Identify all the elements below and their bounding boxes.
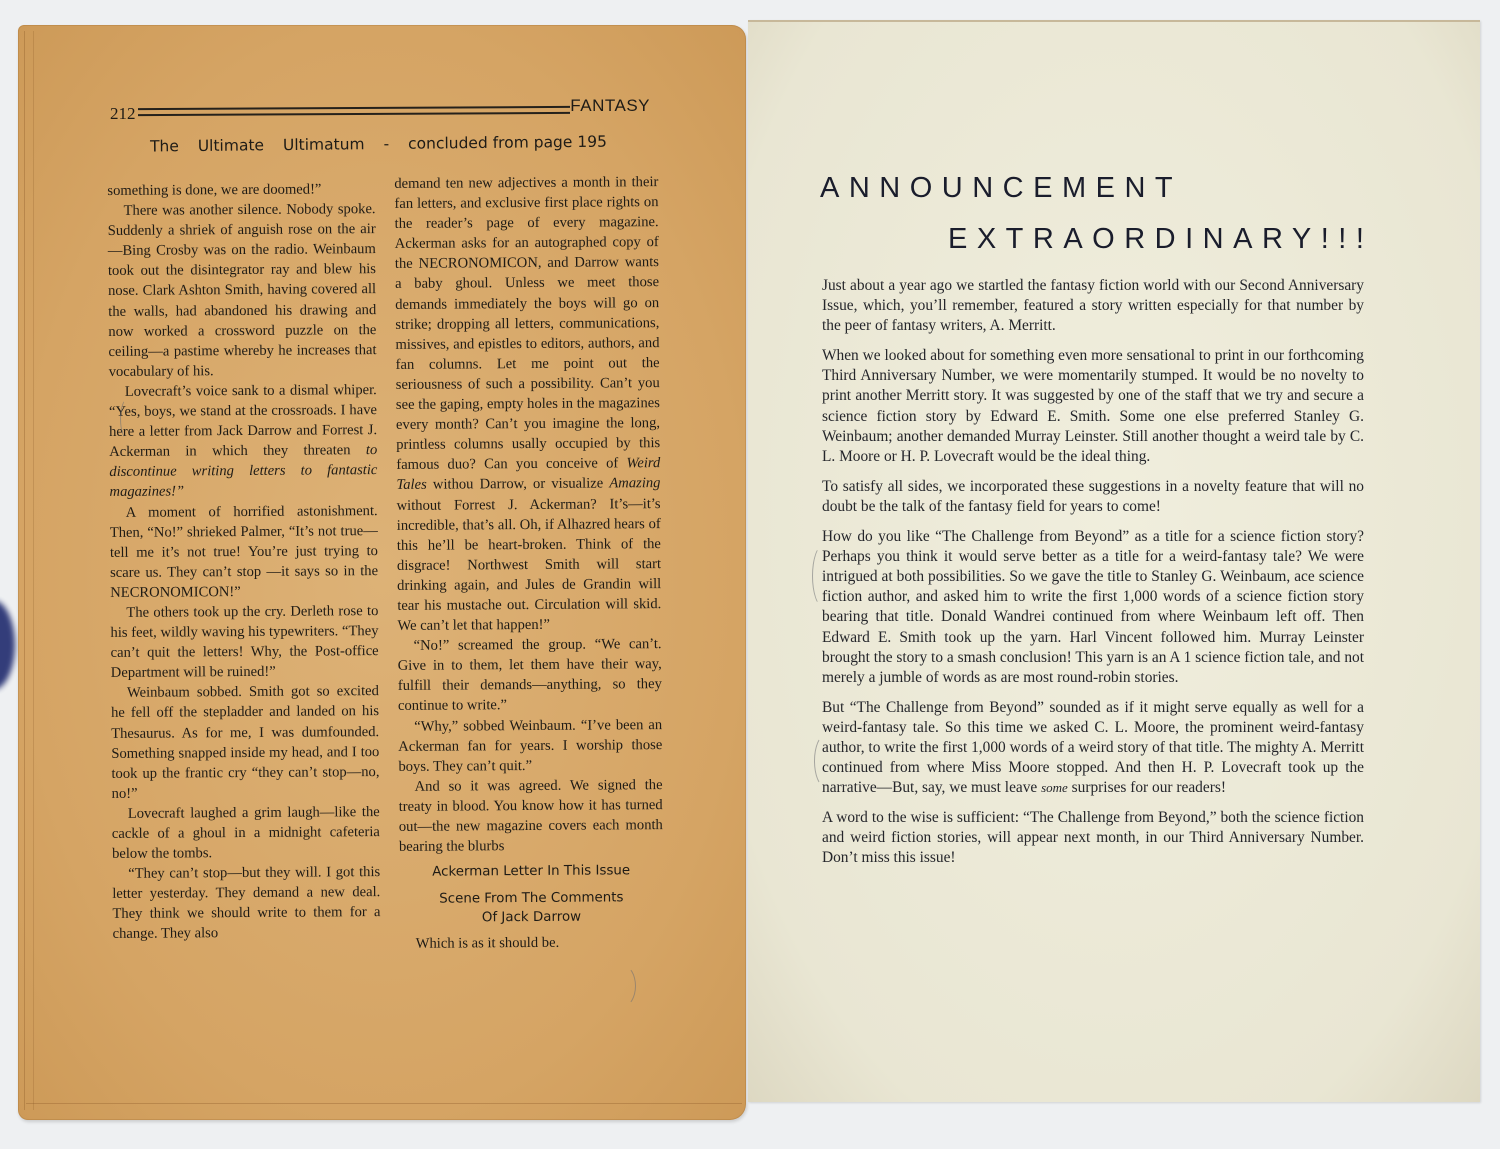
running-head: 212 FANTASY — [110, 96, 650, 120]
paragraph: But “The Challenge from Beyond” sounded … — [822, 698, 1364, 798]
announcement-title-line1: ANNOUNCEMENT — [820, 172, 1182, 205]
story-column-1: something is done, we are doomed!” There… — [107, 179, 380, 944]
paragraph-text: Lovecraft’s voice sank to a dismal whipe… — [109, 382, 377, 460]
paragraph: A moment of horrified astonishment. Then… — [110, 501, 379, 603]
paragraph-text: demand ten new adjectives a month in the… — [394, 174, 660, 473]
announcement-title-line2: EXTRAORDINARY!!! — [948, 223, 1373, 256]
heading-word: The — [150, 137, 179, 155]
paragraph-text: surprises for our readers! — [1068, 779, 1226, 796]
paragraph: A word to the wise is sufficient: “The C… — [822, 808, 1364, 868]
story-column-2: demand ten new adjectives a month in the… — [394, 172, 663, 954]
pencil-mark — [814, 735, 836, 787]
paragraph: Lovecraft’s voice sank to a dismal whipe… — [109, 380, 378, 502]
blurb-line: Of Jack Darrow — [482, 910, 581, 926]
header-rule — [138, 106, 570, 110]
blurb-line: Scene From The Comments — [439, 891, 623, 907]
paragraph: demand ten new adjectives a month in the… — [394, 172, 661, 636]
paragraph: And so it was agreed. We signed the trea… — [398, 775, 663, 857]
heading-continuation: concluded from page 195 — [408, 133, 607, 153]
paragraph: “No!” screamed the group. “We can’t. Giv… — [398, 634, 663, 716]
italic-text: some — [1041, 780, 1068, 795]
magazine-title: FANTASY — [570, 96, 650, 116]
background-object — [0, 600, 15, 690]
paragraph: “Why,” sobbed Weinbaum. “I’ve been an Ac… — [398, 715, 662, 777]
pencil-mark — [120, 398, 136, 440]
paragraph: Just about a year ago we startled the fa… — [822, 276, 1364, 336]
paragraph: “They can’t stop—but they will. I got th… — [112, 862, 381, 944]
page-number: 212 — [110, 104, 136, 124]
blurb: Ackerman Letter In This Issue — [399, 861, 663, 882]
heading-dash: - — [383, 135, 389, 153]
closing-line: Which is as it should be. — [400, 932, 664, 954]
paragraph-text: withou Darrow, or visualize — [427, 476, 610, 493]
heading-word: Ultimatum — [283, 135, 365, 154]
paragraph: There was another silence. Nobody spoke.… — [107, 199, 376, 382]
blurb: Scene From The CommentsOf Jack Darrow — [399, 888, 663, 928]
paragraph: To satisfy all sides, we incorporated th… — [822, 477, 1364, 517]
pencil-mark — [610, 965, 636, 1007]
heading-word: Ultimate — [198, 136, 264, 155]
paragraph-text: without Forrest J. Ackerman? It’s—it’s i… — [397, 496, 662, 634]
paragraph: Lovecraft laughed a grim laugh—like the … — [112, 802, 380, 864]
paragraph: something is done, we are doomed!” — [107, 179, 375, 201]
paragraph: How do you like “The Challenge from Beyo… — [822, 527, 1364, 688]
announcement-body: Just about a year ago we startled the fa… — [822, 276, 1364, 879]
header-rule — [138, 112, 570, 116]
magazine-name: Amazing — [609, 475, 660, 491]
paragraph: Weinbaum sobbed. Smith got so excited he… — [111, 681, 380, 803]
paragraph: When we looked about for something even … — [822, 346, 1364, 467]
paragraph: The others took up the cry. Derleth rose… — [110, 601, 379, 683]
pencil-mark — [812, 545, 834, 607]
